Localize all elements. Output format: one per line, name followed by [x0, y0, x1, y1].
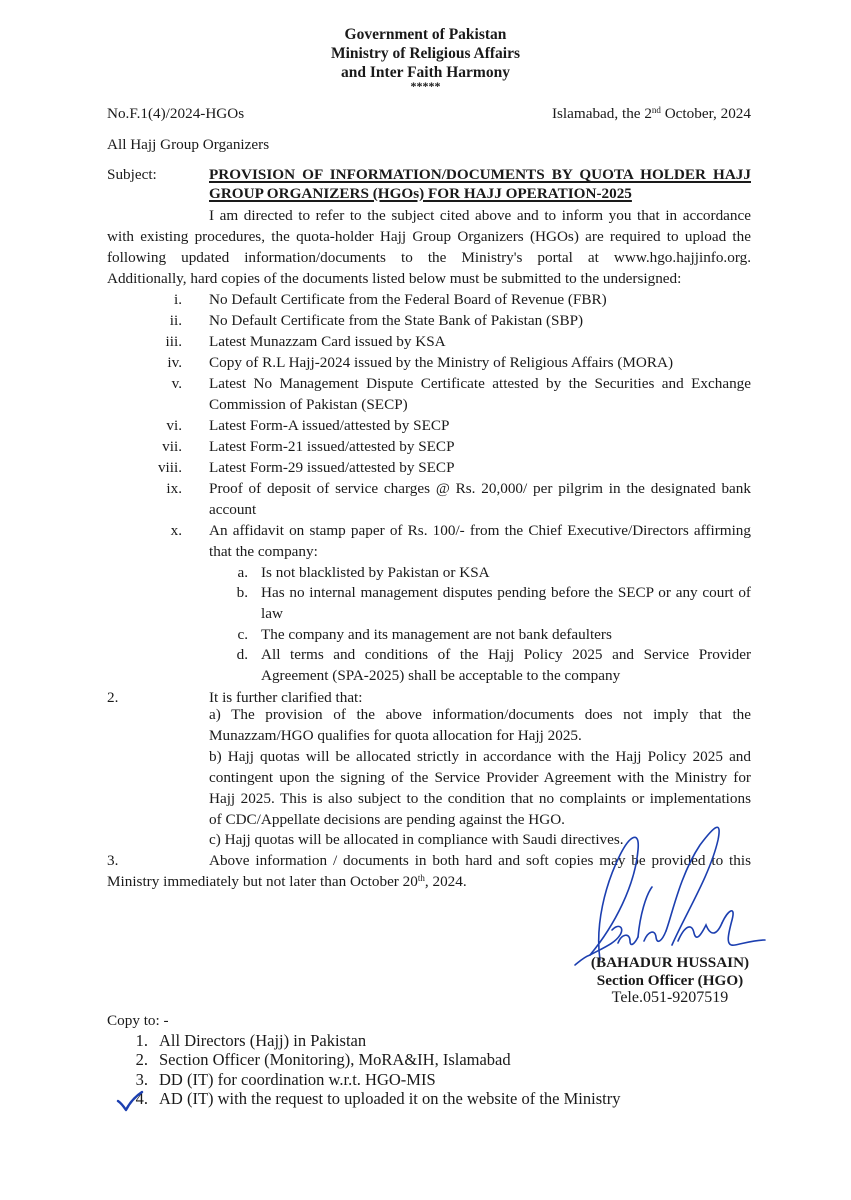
affidavit-text: The company and its management are not b… [261, 626, 612, 644]
requirement-number: i. [142, 291, 182, 309]
copy-to-text: AD (IT) with the request to uploaded it … [159, 1089, 620, 1109]
requirement-text: Latest Form-A issued/attested by SECP [209, 417, 449, 435]
paragraph-1-line: with existing procedures, the quota-hold… [107, 228, 751, 246]
copy-to-label: Copy to: - [107, 1012, 169, 1030]
date-sup: nd [652, 105, 661, 115]
signatory-name: (BAHADUR HUSSAIN) [560, 954, 780, 972]
requirement-number: iii. [142, 333, 182, 351]
paragraph-2-line: of CDC/Appellate decisions are pending a… [209, 811, 565, 829]
paragraph-1-line: Additionally, hard copies of the documen… [107, 270, 681, 288]
paragraph-2-line: a) The provision of the above informatio… [209, 706, 751, 724]
paragraph-1-line: I am directed to refer to the subject ci… [209, 207, 751, 225]
requirement-text: Copy of R.L Hajj-2024 issued by the Mini… [209, 354, 673, 372]
affidavit-number: c. [208, 626, 248, 644]
signatory-phone: Tele.051-9207519 [560, 989, 780, 1007]
para3-line2-prefix: Ministry immediately but not later than … [107, 873, 418, 890]
requirement-text: No Default Certificate from the Federal … [209, 291, 607, 309]
requirement-number: vii. [142, 438, 182, 456]
signature-icon [560, 815, 780, 975]
date-prefix: Islamabad, the 2 [552, 105, 652, 122]
requirement-text: account [209, 501, 256, 519]
copy-to-number: 1. [108, 1031, 148, 1051]
paragraph-2-line: contingent upon the signing of the Servi… [209, 769, 751, 787]
requirement-text: Latest No Management Dispute Certificate… [209, 375, 751, 393]
affidavit-number: b. [208, 584, 248, 602]
requirement-text: Proof of deposit of service charges @ Rs… [209, 480, 751, 498]
requirement-number: iv. [142, 354, 182, 372]
paragraph-1-line: following updated information/documents … [107, 249, 751, 267]
requirement-number: vi. [142, 417, 182, 435]
requirement-number: v. [142, 375, 182, 393]
para2-intro: It is further clarified that: [209, 689, 363, 707]
subject-label: Subject: [107, 166, 157, 184]
affidavit-text: All terms and conditions of the Hajj Pol… [261, 646, 751, 664]
affidavit-number: d. [208, 646, 248, 664]
requirement-text: No Default Certificate from the State Ba… [209, 312, 583, 330]
requirement-text: An affidavit on stamp paper of Rs. 100/-… [209, 522, 751, 540]
subject-line-2: GROUP ORGANIZERS (HGOs) FOR HAJJ OPERATI… [209, 185, 632, 203]
letterhead-ministry: Ministry of Religious Affairs [0, 45, 851, 62]
reference-number: No.F.1(4)/2024-HGOs [107, 105, 244, 123]
signatory-designation: Section Officer (HGO) [560, 972, 780, 990]
requirement-number: ii. [142, 312, 182, 330]
requirement-number: x. [142, 522, 182, 540]
checkmark-icon [116, 1090, 144, 1112]
para2-number: 2. [107, 689, 118, 707]
affidavit-text: Is not blacklisted by Pakistan or KSA [261, 564, 490, 582]
letterhead-government: Government of Pakistan [0, 26, 851, 43]
requirement-text: Latest Form-21 issued/attested by SECP [209, 438, 455, 456]
date-suffix: October, 2024 [661, 105, 751, 122]
paragraph-2-line: Munazzam/HGO qualifies for quota allocat… [209, 727, 582, 745]
affidavit-number: a. [208, 564, 248, 582]
copy-to-number: 3. [108, 1070, 148, 1090]
paragraph-2-line: b) Hajj quotas will be allocated strictl… [209, 748, 751, 766]
addressee: All Hajj Group Organizers [107, 136, 269, 154]
affidavit-text: Has no internal management disputes pend… [261, 584, 751, 602]
para3-line2-suffix: , 2024. [425, 873, 467, 890]
letter-date: Islamabad, the 2nd October, 2024 [552, 105, 751, 123]
copy-to-text: DD (IT) for coordination w.r.t. HGO-MIS [159, 1070, 436, 1090]
requirement-number: viii. [142, 459, 182, 477]
affidavit-text: Agreement (SPA-2025) shall be acceptable… [261, 667, 620, 685]
letterhead-stars: ***** [0, 80, 851, 92]
para3-number: 3. [107, 852, 118, 870]
requirement-text: that the company: [209, 543, 318, 561]
copy-to-text: All Directors (Hajj) in Pakistan [159, 1031, 366, 1051]
affidavit-text: law [261, 605, 283, 623]
subject-line-1: PROVISION OF INFORMATION/DOCUMENTS BY QU… [209, 166, 751, 184]
requirement-text: Commission of Pakistan (SECP) [209, 396, 408, 414]
para3-line-2: Ministry immediately but not later than … [107, 873, 467, 891]
copy-to-text: Section Officer (Monitoring), MoRA&IH, I… [159, 1050, 511, 1070]
requirement-number: ix. [142, 480, 182, 498]
copy-to-number: 2. [108, 1050, 148, 1070]
requirement-text: Latest Munazzam Card issued by KSA [209, 333, 446, 351]
paragraph-2-line: Hajj 2025. This is also subject to the c… [209, 790, 751, 808]
para3-line2-sup: th [418, 873, 425, 883]
requirement-text: Latest Form-29 issued/attested by SECP [209, 459, 455, 477]
